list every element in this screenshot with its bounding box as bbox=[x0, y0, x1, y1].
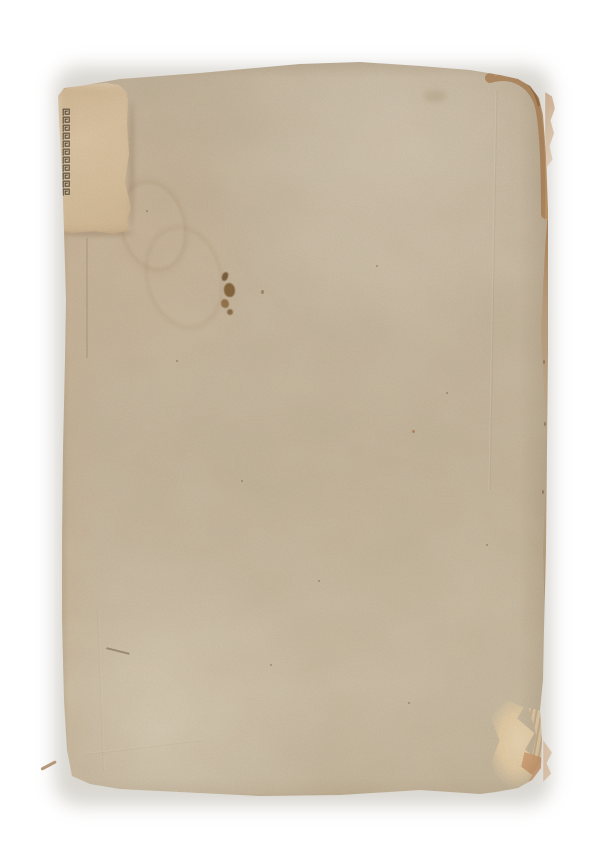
paper-grain-texture bbox=[56, 60, 553, 804]
book-cover bbox=[56, 60, 553, 804]
top-right-edge-fringe bbox=[545, 92, 555, 167]
photo-background bbox=[0, 0, 600, 852]
